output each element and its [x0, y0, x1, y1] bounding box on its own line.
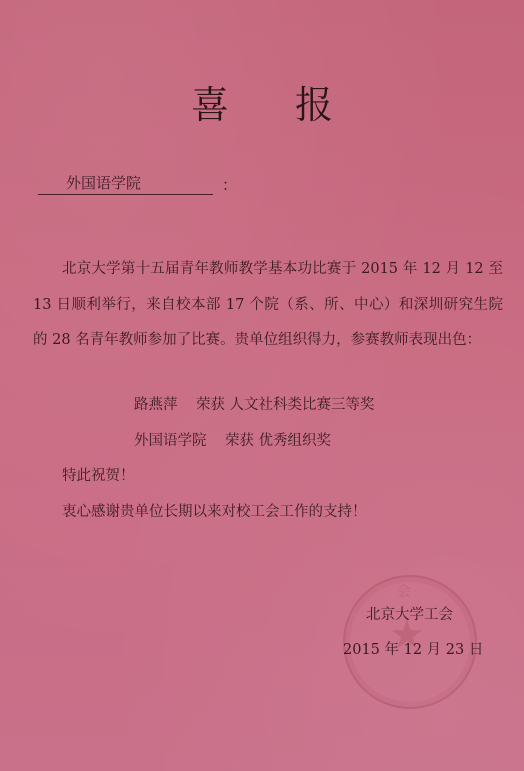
seal-text: 会 [397, 581, 411, 601]
award-name: 优秀组织奖 [259, 433, 332, 449]
document-title: 喜报 [0, 82, 524, 128]
title-char-bao: 报 [291, 82, 337, 128]
recipient-colon: ： [222, 176, 237, 194]
title-char-xi: 喜 [187, 82, 233, 128]
signature-date: 2015 年 12 月 23 日 [343, 641, 483, 659]
recipient-line: 外国语学院 ： [38, 172, 238, 194]
recipient-name: 外国语学院 [66, 174, 141, 192]
signer-organization: 北京大学工会 [366, 606, 453, 624]
award-verb: 荣获 [196, 397, 225, 413]
award-recipient: 路燕萍 [134, 397, 178, 413]
award-recipient: 外国语学院 [134, 433, 207, 449]
award-line: 外国语学院 荣获 优秀组织奖 [134, 432, 331, 450]
award-line: 路燕萍 荣获 人文社科类比赛三等奖 [134, 396, 375, 414]
body-paragraph: 北京大学第十五届青年教师教学基本功比赛于 2015 年 12 月 12 至 13… [33, 252, 503, 359]
thanks-line: 衷心感谢贵单位长期以来对校工会工作的支持！ [62, 503, 367, 521]
award-verb: 荣获 [225, 433, 254, 449]
award-name: 人文社科类比赛三等奖 [230, 397, 375, 413]
congrats-line: 特此祝贺！ [62, 467, 135, 485]
recipient-underline [38, 194, 213, 195]
